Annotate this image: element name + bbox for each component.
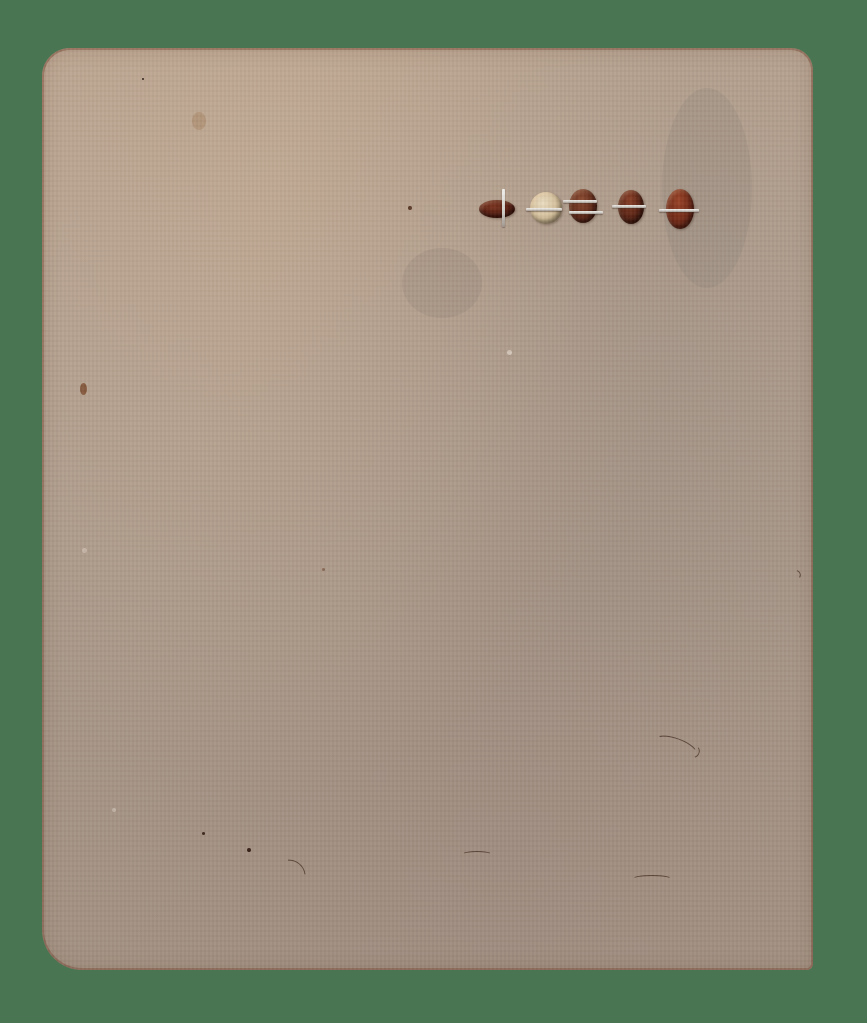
fiber-strand (462, 851, 492, 858)
fiber-strand (268, 853, 312, 897)
thread-stitch (569, 211, 603, 214)
thread-stitch (659, 209, 699, 212)
thread-stitch (612, 205, 646, 208)
stain-spot (408, 206, 412, 210)
faded-patch (402, 248, 482, 318)
fiber-strand (783, 568, 802, 585)
thread-stitch (526, 208, 562, 211)
fiber-strand (632, 875, 672, 883)
thread-stitch (563, 200, 597, 203)
light-speck (82, 548, 87, 553)
stain-spot (202, 832, 205, 835)
thread-stitch (502, 189, 505, 227)
aged-paper-card (42, 48, 813, 970)
faded-patch (662, 88, 752, 288)
light-speck (112, 808, 116, 812)
seed-3 (569, 189, 597, 223)
seed-1 (479, 200, 515, 218)
light-speck (507, 350, 512, 355)
stain-spot (192, 112, 206, 130)
stain-spot (247, 848, 251, 852)
stain-spot (142, 78, 144, 80)
stain-spot (322, 568, 325, 571)
stain-spot (80, 383, 87, 395)
